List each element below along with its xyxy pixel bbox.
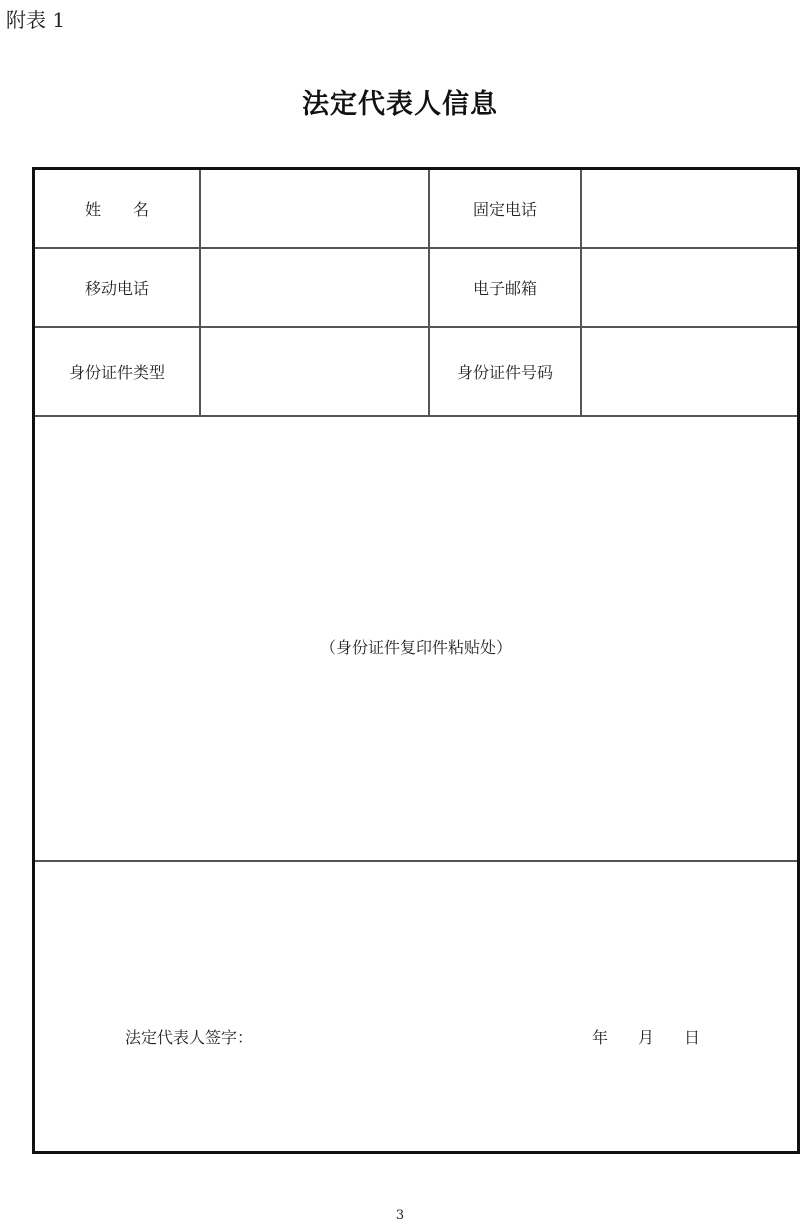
- name-label: 姓 名: [35, 170, 199, 247]
- id-type-field[interactable]: [201, 328, 428, 415]
- month-label: 月: [638, 1025, 684, 1048]
- mobile-label: 移动电话: [35, 249, 199, 326]
- signature-label: 法定代表人签字：: [125, 1025, 253, 1048]
- legal-representative-form: 姓 名 固定电话 移动电话 电子邮箱 身份证件类型 身份证件号码 （身份证件复印…: [32, 167, 800, 1154]
- id-copy-paste-area-note: （身份证件复印件粘贴处）: [35, 635, 797, 658]
- id-type-label: 身份证件类型: [35, 328, 199, 415]
- email-field[interactable]: [582, 249, 797, 326]
- row-divider: [35, 860, 797, 862]
- page-number: 3: [0, 1208, 800, 1223]
- landline-label: 固定电话: [430, 170, 580, 247]
- year-label: 年: [592, 1025, 638, 1048]
- row-divider: [35, 415, 797, 417]
- id-number-field[interactable]: [582, 328, 797, 415]
- page-title: 法定代表人信息: [0, 82, 800, 121]
- id-number-label: 身份证件号码: [430, 328, 580, 415]
- name-field[interactable]: [201, 170, 428, 247]
- landline-field[interactable]: [582, 170, 797, 247]
- appendix-label: 附表 1: [6, 4, 65, 33]
- signature-date: 年月日: [592, 1025, 730, 1048]
- mobile-field[interactable]: [201, 249, 428, 326]
- day-label: 日: [684, 1025, 730, 1048]
- email-label: 电子邮箱: [430, 249, 580, 326]
